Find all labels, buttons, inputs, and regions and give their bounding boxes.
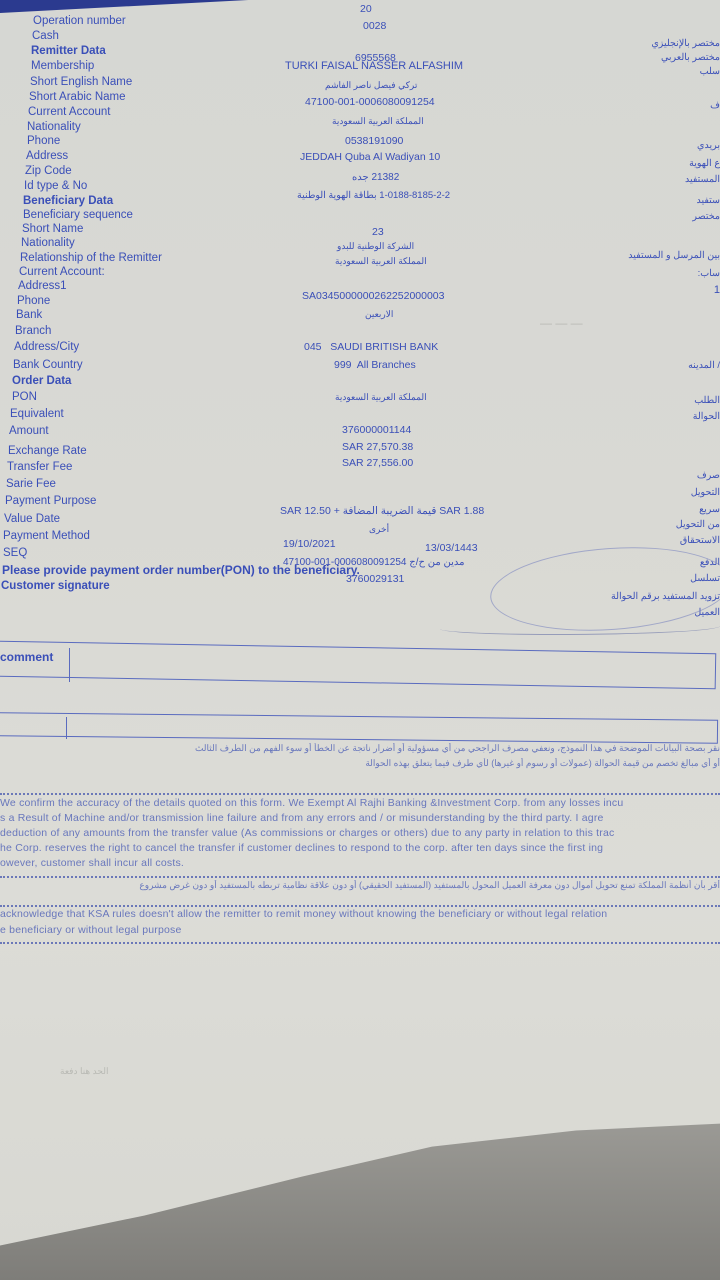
value-short-arabic-name: تركي فيصل ناصر الفاشم: [325, 80, 417, 91]
dotted-separator: [0, 942, 720, 944]
ar-label-phone: ف: [710, 100, 720, 111]
label-branch: Branch: [15, 325, 51, 337]
label-operation-number: Operation number: [33, 15, 126, 27]
value-zip-code: 21382 جده: [352, 172, 399, 183]
value-id-type: 1-0188-8185-2-2 بطاقة الهوية الوطنية: [297, 190, 450, 201]
label-exchange-rate: Exchange Rate: [8, 445, 87, 457]
value-nationality: المملكة العربية السعودية: [332, 116, 424, 127]
value-beneficiary-sequence: 23: [372, 226, 384, 238]
label-remitter-data: Remitter Data: [31, 45, 106, 57]
ar-label-short-name: مختصر: [692, 211, 720, 222]
value-short-english-name: TURKI FAISAL NASSER ALFASHIM: [285, 60, 463, 72]
ar-label-ben-seq: ستفيد: [697, 195, 720, 206]
value-pon: 376000001144: [342, 424, 411, 436]
value-date-gregorian: 19/10/2021: [283, 538, 336, 550]
ar-label-sarie: سريع: [699, 504, 720, 515]
ar-label-address1: 1: [714, 284, 720, 296]
value-address: JEDDAH Quba Al Wadiyan 10: [300, 151, 440, 163]
label-current-account: Current Account: [28, 106, 110, 118]
top-blue-band: [0, 0, 542, 14]
label-membership: Membership: [31, 60, 94, 72]
value-operation-number: 20: [360, 3, 372, 15]
label-id-type: Id type & No: [24, 180, 87, 192]
bleed-through-text: — — —: [540, 316, 583, 330]
label-ben-current-account: Current Account:: [19, 266, 105, 278]
value-bank-country: المملكة العربية السعودية: [335, 392, 427, 403]
disclaimer-arabic-ksa: أقر بأن أنظمة المملكة تمنع تحويل أموال د…: [0, 880, 720, 891]
comment-box[interactable]: [0, 641, 716, 690]
value-short-name: الشركة الوطنية للبدو: [337, 241, 414, 252]
disclaimer-arabic-2: أو أي مبالغ تخصم من قيمة الحوالة (عمولات…: [0, 758, 720, 769]
label-beneficiary-data: Beneficiary Data: [23, 195, 113, 207]
ar-label-zip: بريدي: [697, 140, 720, 151]
label-ben-nationality: Nationality: [21, 237, 75, 249]
ar-label-relationship: بين المرسل و المستفيد: [628, 250, 720, 261]
label-pon: PON: [12, 391, 37, 403]
ar-label-short-english: مختصر بالإنجليزي: [651, 38, 720, 49]
comment-label: comment: [0, 650, 53, 664]
value-bank: 045 SAUDI BRITISH BANK: [304, 341, 438, 353]
label-address: Address: [26, 150, 68, 162]
label-order-data: Order Data: [12, 375, 71, 387]
ar-label-short-arabic: مختصر بالعربي: [661, 52, 720, 63]
disclaimer-english-1: We confirm the accuracy of the details q…: [0, 797, 623, 809]
dotted-separator: [0, 793, 720, 795]
label-amount: Amount: [9, 425, 49, 437]
disclaimer-ksa-english-2: e beneficiary or without legal purpose: [0, 924, 182, 936]
ar-label-city: / المدينه: [688, 360, 720, 371]
label-short-name: Short Name: [22, 223, 83, 235]
value-equivalent: SAR 27,570.38: [342, 441, 413, 453]
value-current-account: 47100-001-0006080091254: [305, 96, 435, 108]
label-seq: SEQ: [3, 547, 27, 559]
value-address1: الاربعين: [365, 309, 393, 320]
remittance-receipt-paper: — — — Operation number Cash Remitter Dat…: [0, 0, 720, 1280]
ar-label-id: ع الهوية: [689, 158, 720, 169]
ar-label-account: سلب: [700, 66, 720, 77]
acknowledge-divider: [66, 717, 67, 739]
label-bank-country: Bank Country: [13, 359, 83, 371]
ar-label-order: الطلب: [694, 395, 720, 406]
label-address-city: Address/City: [14, 341, 79, 353]
value-phone: 0538191090: [345, 135, 403, 147]
dotted-separator: [0, 905, 720, 907]
faint-footer-text: الحد هنا دفعة: [60, 1066, 108, 1077]
label-bank: Bank: [16, 309, 42, 321]
disclaimer-arabic-1: نقر بصحة البيانات الموضحة في هذا النموذج…: [0, 743, 720, 754]
ar-label-value-date: الاستحقاق: [680, 535, 720, 546]
disclaimer-english-4: he Corp. reserves the right to cancel th…: [0, 842, 603, 854]
label-relationship: Relationship of the Remitter: [20, 252, 162, 264]
signature-underline: [440, 620, 720, 635]
disclaimer-english-5: owever, customer shall incur all costs.: [0, 857, 184, 869]
label-payment-purpose: Payment Purpose: [5, 495, 96, 507]
value-payment-purpose: أخرى: [369, 524, 389, 535]
ar-label-current-account: ساب:: [698, 268, 720, 279]
label-payment-method: Payment Method: [3, 530, 90, 542]
ar-label-transfer-fee: التحويل: [691, 487, 720, 498]
label-customer-signature: Customer signature: [1, 580, 110, 592]
value-payment-method: مدين من ح/ج 0006080091254-001-47100: [283, 557, 465, 568]
label-ben-phone: Phone: [17, 295, 50, 307]
comment-divider: [69, 648, 70, 682]
label-short-arabic-name: Short Arabic Name: [29, 91, 126, 103]
label-sarie-fee: Sarie Fee: [6, 478, 56, 490]
value-ben-nationality: المملكة العربية السعودية: [335, 256, 427, 267]
label-phone: Phone: [27, 135, 60, 147]
label-short-english-name: Short English Name: [30, 76, 132, 88]
value-amount: SAR 27,556.00: [342, 457, 413, 469]
disclaimer-english-3: deduction of any amounts from the transf…: [0, 827, 614, 839]
paper-fold-shadow: [0, 1050, 720, 1280]
label-equivalent: Equivalent: [10, 408, 64, 420]
value-seq: 3760029131: [346, 573, 404, 585]
ar-label-purpose: من التحويل: [676, 519, 720, 530]
label-transfer-fee: Transfer Fee: [7, 461, 72, 473]
value-date-hijri: 13/03/1443: [425, 542, 478, 554]
ar-label-beneficiary: المستفيد: [685, 174, 720, 185]
label-address1: Address1: [18, 280, 67, 292]
value-branch: 999 All Branches: [334, 359, 416, 371]
label-value-date: Value Date: [4, 513, 60, 525]
value-cash: 0028: [363, 20, 386, 32]
label-beneficiary-sequence: Beneficiary sequence: [23, 209, 133, 221]
value-fees: SAR 12.50 + قيمة الضريبة المضافة SAR 1.8…: [280, 505, 484, 517]
disclaimer-ksa-english-1: acknowledge that KSA rules doesn't allow…: [0, 908, 607, 920]
ar-label-transfer: الحوالة: [693, 411, 720, 422]
value-ben-current-account: SA0345000000262252000003: [302, 290, 444, 302]
label-zip-code: Zip Code: [25, 165, 72, 177]
label-cash: Cash: [32, 30, 59, 42]
ar-label-exchange: صرف: [697, 470, 720, 481]
disclaimer-english-2: s a Result of Machine and/or transmissio…: [0, 812, 604, 824]
acknowledge-box: [0, 712, 718, 744]
label-nationality: Nationality: [27, 121, 81, 133]
dotted-separator: [0, 876, 720, 878]
